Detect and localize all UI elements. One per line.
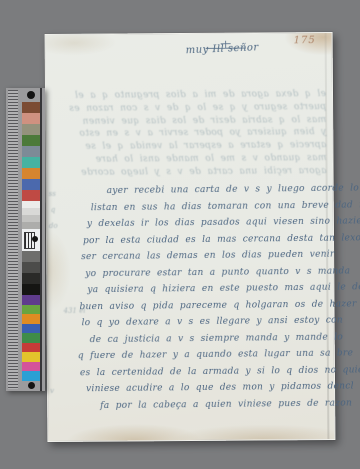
color-patch	[22, 113, 40, 124]
color-patch	[22, 324, 40, 334]
color-patch	[22, 157, 40, 168]
strip-label-block	[22, 229, 40, 251]
dark-wedge-patch	[22, 284, 40, 295]
showthrough-line: mas lo q sabria dezir de los dias que vi…	[54, 116, 326, 127]
color-patch	[22, 146, 40, 157]
manuscript-line: ayer recebi una carta de v s y luego aco…	[107, 184, 360, 196]
color-calibration-strip	[6, 88, 45, 391]
color-patch	[22, 333, 40, 343]
handwritten-body-text: ayer recebi una carta de v s y luego aco…	[46, 33, 332, 35]
dark-wedge-patch	[22, 262, 40, 273]
color-patch	[22, 305, 40, 315]
manuscript-line: buen aviso q pida pareceme q holgaran os…	[79, 300, 356, 312]
manuscript-line: lo q yo dexare a v s es llegare y ansi e…	[82, 316, 343, 328]
showthrough-line: mas quando v s me lo mande ansi lo hare	[54, 154, 326, 165]
manuscript-line: de ca justicia a v s siempre manda y man…	[90, 333, 343, 345]
manuscript-line: ser cercana las demas en los dias pueden…	[81, 251, 335, 263]
showthrough-line: el q dexa agora de mi a dios pregunto q …	[54, 90, 326, 101]
registration-dot-row	[22, 381, 40, 391]
margin-mark: q	[51, 206, 56, 214]
showthrough-line: y bien quisiera yo poder servir a v s en…	[54, 128, 326, 139]
manuscript-line: por la esta ciudad es la mas cercana des…	[83, 234, 360, 246]
manuscript-line: es la certenidad de la armada y si lo q …	[80, 366, 360, 378]
margin-annotations: ssqdo431 elv	[46, 33, 332, 35]
margin-mark: do	[49, 222, 58, 230]
manuscript-line: y dexelas ir los dias pasados aqui viese…	[87, 217, 360, 229]
color-patch	[22, 102, 40, 113]
dark-wedge-patch	[22, 273, 40, 284]
color-patch	[22, 135, 40, 146]
folio-number: 175	[294, 35, 316, 46]
registration-dot-icon	[32, 236, 38, 242]
manuscript-line: ya quisiera q hiziera en este puesto mas…	[87, 283, 360, 295]
color-patch	[22, 362, 40, 372]
margin-mark: v	[50, 387, 54, 395]
color-patch	[22, 371, 40, 381]
color-patch	[22, 179, 40, 190]
verso-showthrough-text: el q dexa agora de mi a dios pregunto q …	[46, 33, 332, 35]
manuscript-page: muy Ill señor 175 el q dexa agora de mi …	[45, 32, 336, 442]
dark-wedge-patch	[22, 251, 40, 262]
showthrough-line: aprecie q estare a esperar la venida q e…	[54, 141, 326, 152]
color-patch	[22, 295, 40, 305]
gray-wedge-patch	[22, 222, 40, 229]
gray-wedge-patch	[22, 215, 40, 222]
color-patch	[22, 168, 40, 179]
color-patch	[22, 352, 40, 362]
gray-wedge-patch	[22, 208, 40, 215]
manuscript-line: q fuere de hazer y a quando esta lugar u…	[78, 349, 353, 361]
manuscript-line: listan en sus ha dias tomaran con una br…	[91, 201, 360, 213]
manuscript-line: yo procurare estar tan a punto quanto v …	[85, 267, 350, 279]
calibration-ruler-icon	[8, 90, 18, 389]
color-patch	[22, 314, 40, 324]
margin-mark: 431 el	[63, 307, 85, 315]
margin-mark: ss	[49, 190, 56, 198]
gray-wedge-patch	[22, 201, 40, 208]
showthrough-line: puerto seguro y q se lo q de v s con raz…	[54, 103, 326, 114]
registration-dot-row	[22, 88, 40, 102]
manuscript-line: viniese acudire a lo que des mon y pidam…	[86, 382, 360, 394]
showthrough-line: agora reçibi una carta de v s y luego ac…	[55, 167, 327, 178]
salutation-heading: muy Ill señor	[185, 42, 258, 56]
registration-dot-icon	[27, 91, 35, 99]
manuscript-line: fa por la cabeça a quien viniese pues de…	[100, 399, 352, 411]
registration-dot-icon	[28, 382, 35, 389]
color-patch	[22, 190, 40, 201]
color-patch	[22, 124, 40, 135]
photograph-of-manuscript: { "photo": { "background_color": "#7b7c7…	[0, 0, 360, 469]
color-patch	[22, 343, 40, 353]
calibration-patch-column	[22, 88, 42, 391]
